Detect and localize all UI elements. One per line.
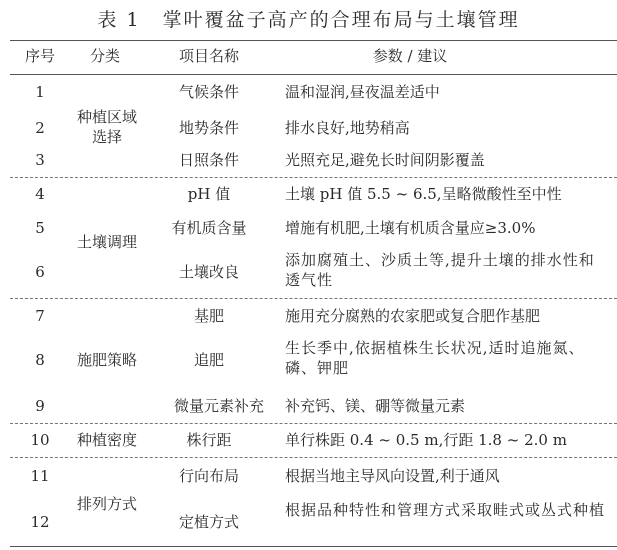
- row-param: 排水良好,地势稍高: [285, 118, 615, 138]
- top-rule: [10, 40, 617, 41]
- bottom-rule: [10, 546, 617, 547]
- group-category: 种植区域: [62, 107, 152, 127]
- header-category: 分类: [60, 46, 150, 66]
- row-param: 添加腐殖土、沙质土等,提升土壤的排水性和透气性: [285, 250, 610, 290]
- header-index: 序号: [20, 46, 60, 66]
- row-index: 10: [20, 430, 60, 450]
- header-item: 项目名称: [150, 46, 268, 66]
- header-param: 参数 / 建议: [285, 46, 535, 66]
- group-category: 种植密度: [62, 430, 152, 450]
- row-index: 4: [20, 184, 60, 204]
- row-index: 11: [20, 466, 60, 486]
- row-param: 生长季中,依据植株生长状况,适时追施氮、磷、钾肥: [285, 338, 610, 378]
- group-divider: [10, 298, 617, 299]
- group-category: 排列方式: [62, 494, 152, 514]
- row-item: 日照条件: [150, 150, 268, 170]
- row-param: 单行株距 0.4 ~ 0.5 m,行距 1.8 ~ 2.0 m: [285, 430, 615, 450]
- row-item: 微量元素补充: [160, 396, 278, 416]
- row-index: 2: [20, 118, 60, 138]
- row-index: 3: [20, 150, 60, 170]
- row-param: 根据当地主导风向设置,利于通风: [285, 466, 615, 486]
- row-param: 土壤 pH 值 5.5 ~ 6.5,呈略微酸性至中性: [285, 184, 615, 204]
- group-category: 土壤调理: [62, 232, 152, 252]
- row-item: 株行距: [150, 430, 268, 450]
- row-item: 定植方式: [150, 512, 268, 532]
- row-param: 温和湿润,昼夜温差适中: [285, 82, 615, 102]
- group-divider: [10, 177, 617, 178]
- row-index: 5: [20, 218, 60, 238]
- table-title: 表 1掌叶覆盆子高产的合理布局与土壤管理: [0, 5, 617, 32]
- row-index: 8: [20, 350, 60, 370]
- row-item: 土壤改良: [150, 262, 268, 282]
- row-index: 12: [20, 512, 60, 532]
- row-param: 增施有机肥,土壤有机质含量应≥3.0%: [285, 218, 615, 238]
- row-item: 气候条件: [150, 82, 268, 102]
- group-category: 施肥策略: [62, 350, 152, 370]
- group-divider: [10, 423, 617, 424]
- row-param: 光照充足,避免长时间阴影覆盖: [285, 150, 615, 170]
- row-item: 有机质含量: [150, 218, 268, 238]
- row-index: 1: [20, 82, 60, 102]
- row-item: 基肥: [150, 306, 268, 326]
- group-divider: [10, 457, 617, 458]
- row-item: 地势条件: [150, 118, 268, 138]
- row-index: 9: [20, 396, 60, 416]
- row-index: 7: [20, 306, 60, 326]
- row-param: 补充钙、镁、硼等微量元素: [285, 396, 615, 416]
- group-category-line2: 选择: [62, 127, 152, 147]
- row-item: 行向布局: [150, 466, 268, 486]
- header-rule: [10, 74, 617, 75]
- table-caption: 掌叶覆盆子高产的合理布局与土壤管理: [163, 9, 520, 31]
- row-item: 追肥: [150, 350, 268, 370]
- table-number: 表 1: [97, 9, 140, 31]
- row-index: 6: [20, 262, 60, 282]
- row-item: pH 值: [150, 184, 268, 204]
- row-param: 根据品种特性和管理方式采取畦式或丛式种植: [285, 500, 610, 520]
- row-param: 施用充分腐熟的农家肥或复合肥作基肥: [285, 306, 615, 326]
